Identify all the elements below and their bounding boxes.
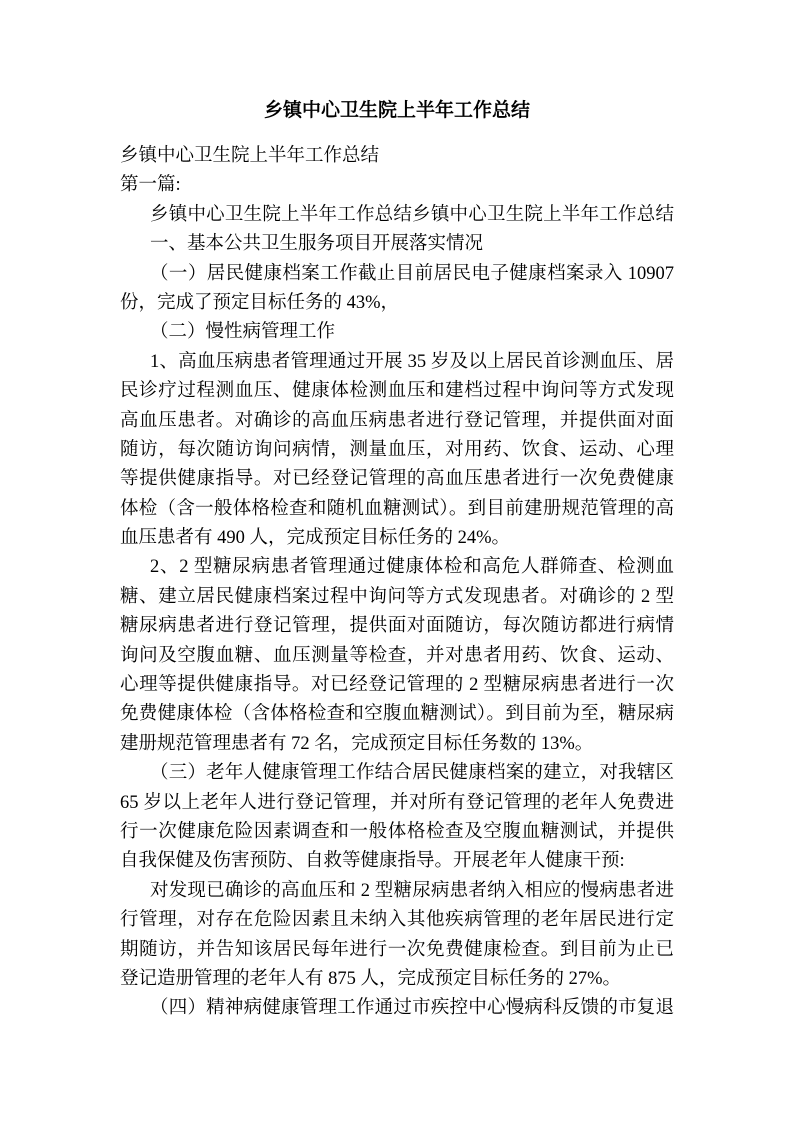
text-line: （四）精神病健康管理工作通过市疾控中心慢病科反馈的市复退 — [120, 994, 674, 1023]
text-line: 心理等提供健康指导。对已经登记管理的 2 型糖尿病患者进行一次 — [120, 671, 674, 700]
text-line: 民诊疗过程测血压、健康体检测血压和建档过程中询问等方式发现 — [120, 377, 674, 406]
text-line: 乡镇中心卫生院上半年工作总结乡镇中心卫生院上半年工作总结 — [120, 201, 674, 230]
text-line: 高血压患者。对确诊的高血压病患者进行登记管理，并提供面对面 — [120, 407, 674, 436]
text-line: （二）慢性病管理工作 — [120, 318, 674, 347]
text-line: 2、2 型糖尿病患者管理通过健康体检和高危人群筛查、检测血 — [120, 553, 674, 582]
text-line: 乡镇中心卫生院上半年工作总结 — [120, 142, 674, 171]
document-page: 乡镇中心卫生院上半年工作总结 乡镇中心卫生院上半年工作总结第一篇:乡镇中心卫生院… — [0, 0, 794, 1123]
text-line: 65 岁以上老年人进行登记管理，并对所有登记管理的老年人免费进 — [120, 789, 674, 818]
text-line: 建册规范管理患者有 72 名，完成预定目标任务数的 13%。 — [120, 730, 674, 759]
text-line: 糖尿病患者进行登记管理，提供面对面随访，每次随访都进行病情 — [120, 612, 674, 641]
text-line: 对发现已确诊的高血压和 2 型糖尿病患者纳入相应的慢病患者进 — [120, 877, 674, 906]
text-line: 第一篇: — [120, 171, 674, 200]
text-line: 行管理，对存在危险因素且未纳入其他疾病管理的老年居民进行定 — [120, 906, 674, 935]
document-title: 乡镇中心卫生院上半年工作总结 — [120, 96, 674, 126]
text-line: 行一次健康危险因素调查和一般体格检查及空腹血糖测试，并提供 — [120, 818, 674, 847]
text-line: （一）居民健康档案工作截止目前居民电子健康档案录入 10907 — [120, 260, 674, 289]
text-line: 免费健康体检（含体格检查和空腹血糖测试）。到目前为至，糖尿病 — [120, 700, 674, 729]
text-line: 一、基本公共卫生服务项目开展落实情况 — [120, 230, 674, 259]
text-line: 份，完成了预定目标任务的 43%， — [120, 289, 674, 318]
text-line: 登记造册管理的老年人有 875 人，完成预定目标任务的 27%。 — [120, 965, 674, 994]
text-line: （三）老年人健康管理工作结合居民健康档案的建立，对我辖区 — [120, 759, 674, 788]
text-line: 血压患者有 490 人，完成预定目标任务的 24%。 — [120, 524, 674, 553]
text-line: 糖、建立居民健康档案过程中询问等方式发现患者。对确诊的 2 型 — [120, 583, 674, 612]
text-line: 体检（含一般体格检查和随机血糖测试）。到目前建册规范管理的高 — [120, 495, 674, 524]
document-content: 乡镇中心卫生院上半年工作总结 乡镇中心卫生院上半年工作总结第一篇:乡镇中心卫生院… — [120, 96, 674, 1024]
text-line: 期随访，并告知该居民每年进行一次免费健康检查。到目前为止已 — [120, 936, 674, 965]
text-line: 询问及空腹血糖、血压测量等检查，并对患者用药、饮食、运动、 — [120, 642, 674, 671]
text-line: 随访，每次随访询问病情，测量血压，对用药、饮食、运动、心理 — [120, 436, 674, 465]
document-body: 乡镇中心卫生院上半年工作总结第一篇:乡镇中心卫生院上半年工作总结乡镇中心卫生院上… — [120, 142, 674, 1024]
text-line: 等提供健康指导。对已经登记管理的高血压患者进行一次免费健康 — [120, 465, 674, 494]
text-line: 自我保健及伤害预防、自救等健康指导。开展老年人健康干预: — [120, 847, 674, 876]
text-line: 1、高血压病患者管理通过开展 35 岁及以上居民首诊测血压、居 — [120, 348, 674, 377]
